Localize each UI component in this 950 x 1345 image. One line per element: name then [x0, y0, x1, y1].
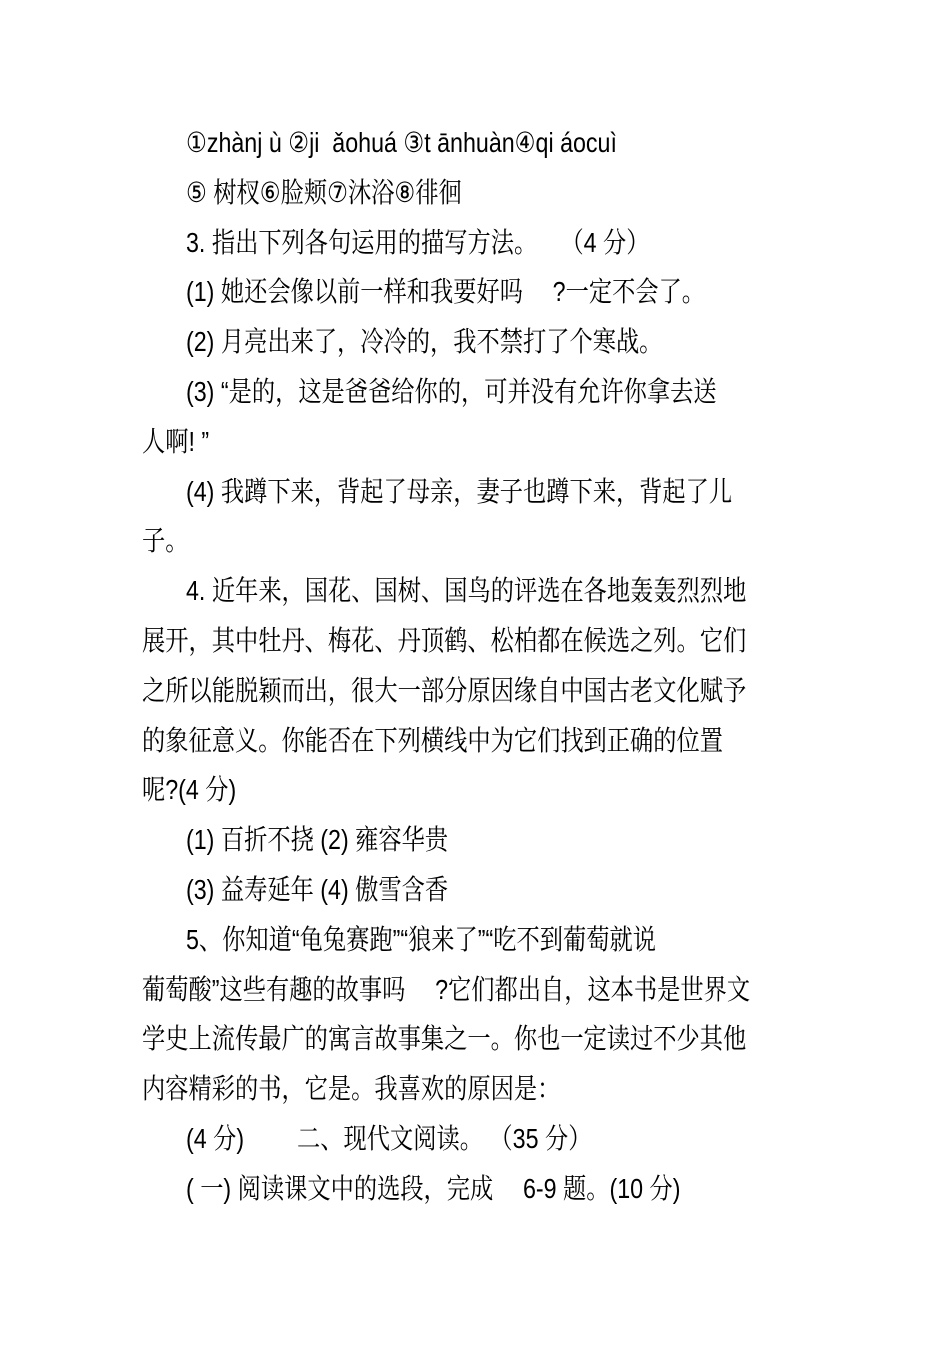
- section-2-heading-line: (4 分) 二、现代文阅读。 （35 分）: [142, 1114, 902, 1164]
- q4-prompt-line-2: 展开，其中牡丹、梅花、丹顶鹤、松柏都在候选之列。它们: [142, 616, 902, 666]
- q4-prompt-line-4: 的象征意义。你能否在下列横线中为它们找到正确的位置: [142, 716, 902, 766]
- line-text: 人啊! ”: [142, 417, 209, 467]
- line-text: 5、你知道“龟兔赛跑”“狼来了”“吃不到葡萄就说: [186, 915, 656, 965]
- line-text: 之所以能脱颖而出，很大一部分原因缘自中国古老文化赋予: [142, 666, 746, 716]
- q4-prompt-line-5: 呢?(4 分): [142, 765, 902, 815]
- pinyin-line: ①zhànj ù ②ji ǎohuá ③t ānhuàn④qi áocuì: [142, 118, 902, 168]
- q4-prompt-line-3: 之所以能脱颖而出，很大一部分原因缘自中国古老文化赋予: [142, 666, 902, 716]
- line-text: 学史上流传最广的寓言故事集之一。你也一定读过不少其他: [142, 1014, 746, 1064]
- line-text: ( 一) 阅读课文中的选段，完成 6-9 题。(10 分): [186, 1164, 681, 1214]
- q3-item3-continuation-line: 人啊! ”: [142, 417, 902, 467]
- line-text: (1) 百折不挠 (2) 雍容华贵: [186, 815, 448, 865]
- q5-prompt-line-1: 5、你知道“龟兔赛跑”“狼来了”“吃不到葡萄就说: [142, 915, 902, 965]
- line-text: 4. 近年来，国花、国树、国鸟的评选在各地轰轰烈烈地: [186, 566, 746, 616]
- document-page: ①zhànj ù ②ji ǎohuá ③t ānhuàn④qi áocuì ⑤ …: [0, 0, 950, 1345]
- q3-item4-line: (4) 我蹲下来，背起了母亲，妻子也蹲下来，背起了儿: [142, 467, 902, 517]
- line-text: 的象征意义。你能否在下列横线中为它们找到正确的位置: [142, 716, 723, 766]
- word-list-line: ⑤ 树杈⑥脸颊⑦沐浴⑧徘徊: [142, 168, 902, 218]
- line-text: 展开，其中牡丹、梅花、丹顶鹤、松柏都在候选之列。它们: [142, 616, 746, 666]
- q3-item3-line: (3) “是的，这是爸爸给你的，可并没有允许你拿去送: [142, 367, 902, 417]
- line-text: ①zhànj ù ②ji ǎohuá ③t ānhuàn④qi áocuì: [186, 118, 617, 168]
- line-text: 3. 指出下列各句运用的描写方法。 （4 分）: [186, 218, 650, 268]
- line-text: (2) 月亮出来了，冷冷的，我不禁打了个寒战。: [186, 317, 662, 367]
- line-text: 呢?(4 分): [142, 765, 236, 815]
- line-text: (4) 我蹲下来，背起了母亲，妻子也蹲下来，背起了儿: [186, 467, 732, 517]
- q3-item2-line: (2) 月亮出来了，冷冷的，我不禁打了个寒战。: [142, 317, 902, 367]
- line-text: (1) 她还会像以前一样和我要好吗 ?一定不会了。: [186, 267, 705, 317]
- line-text: (4 分) 二、现代文阅读。 （35 分）: [186, 1114, 591, 1164]
- exam-text-block: ①zhànj ù ②ji ǎohuá ③t ānhuàn④qi áocuì ⑤ …: [142, 118, 902, 1214]
- q4-prompt-line-1: 4. 近年来，国花、国树、国鸟的评选在各地轰轰烈烈地: [142, 566, 902, 616]
- line-text: (3) “是的，这是爸爸给你的，可并没有允许你拿去送: [186, 367, 717, 417]
- q3-item1-line: (1) 她还会像以前一样和我要好吗 ?一定不会了。: [142, 267, 902, 317]
- line-text: 葡萄酸”这些有趣的故事吗 ?它们都出自，这本书是世界文: [142, 965, 750, 1015]
- line-text: ⑤ 树杈⑥脸颊⑦沐浴⑧徘徊: [186, 168, 462, 218]
- line-text: 子。: [142, 516, 188, 566]
- q3-prompt-line: 3. 指出下列各句运用的描写方法。 （4 分）: [142, 218, 902, 268]
- q5-prompt-line-2: 葡萄酸”这些有趣的故事吗 ?它们都出自，这本书是世界文: [142, 965, 902, 1015]
- q5-prompt-line-4: 内容精彩的书，它是。我喜欢的原因是：: [142, 1064, 902, 1114]
- q5-prompt-line-3: 学史上流传最广的寓言故事集之一。你也一定读过不少其他: [142, 1014, 902, 1064]
- part-1-instruction-line: ( 一) 阅读课文中的选段，完成 6-9 题。(10 分): [142, 1164, 902, 1214]
- q4-items-3-4-line: (3) 益寿延年 (4) 傲雪含香: [142, 865, 902, 915]
- line-text: 内容精彩的书，它是。我喜欢的原因是：: [142, 1064, 560, 1114]
- q3-item4-continuation-line: 子。: [142, 516, 902, 566]
- line-text: (3) 益寿延年 (4) 傲雪含香: [186, 865, 448, 915]
- q4-items-1-2-line: (1) 百折不挠 (2) 雍容华贵: [142, 815, 902, 865]
